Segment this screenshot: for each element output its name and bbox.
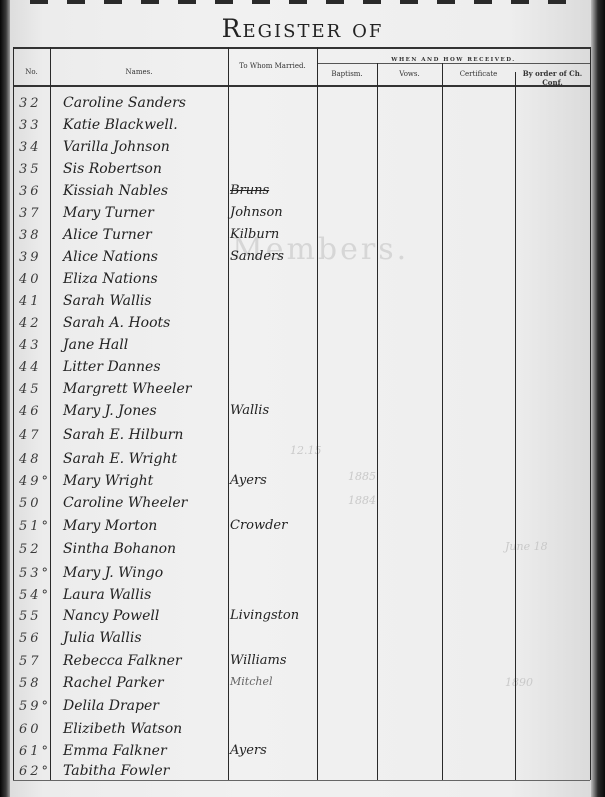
row-number: 45 [19, 382, 42, 397]
table-row: 36Kissiah NablesBruns [13, 184, 590, 204]
table-row: 45Margrett Wheeler [13, 382, 590, 402]
row-number: 43 [19, 338, 42, 353]
member-name: Litter Dannes [63, 359, 161, 375]
member-name: Nancy Powell [63, 608, 159, 624]
table-row: 35Sis Robertson [13, 162, 590, 182]
book-binding-right [591, 0, 605, 797]
member-name: Mary Morton [63, 518, 157, 534]
row-number: 47 [19, 428, 42, 443]
row-number: 37 [19, 206, 42, 221]
page-top-border [30, 0, 570, 4]
table-row: 61°Emma FalknerAyers [13, 744, 590, 764]
table-row: 43Jane Hall [13, 338, 590, 358]
group-header-rule [317, 63, 590, 64]
member-name: Margrett Wheeler [63, 381, 191, 397]
table-row: 47Sarah E. Hilburn [13, 428, 590, 448]
member-name: Alice Turner [63, 227, 152, 243]
member-name: Emma Falkner [63, 743, 167, 759]
row-number: 33 [19, 118, 42, 133]
member-name: Sarah E. Hilburn [63, 427, 183, 443]
row-number: 46 [19, 404, 42, 419]
table-row: 53°Mary J. Wingo [13, 566, 590, 586]
table-row: 46Mary J. JonesWallis [13, 404, 590, 424]
row-number: 50 [19, 496, 42, 511]
row-number: 60 [19, 722, 42, 737]
married-to: Ayers [230, 743, 267, 758]
married-to: Livingston [230, 608, 299, 623]
header-no: No. [13, 68, 50, 76]
row-number: 44 [19, 360, 42, 375]
member-name: Kissiah Nables [63, 183, 168, 199]
member-name: Delila Draper [63, 698, 159, 714]
member-name: Jane Hall [63, 337, 128, 353]
table-row: 59°Delila Draper [13, 699, 590, 719]
table-row: 39Alice NationsSanders [13, 250, 590, 270]
member-name: Laura Wallis [63, 587, 151, 603]
table-row: 49°Mary WrightAyers [13, 474, 590, 494]
married-to: Wallis [230, 403, 269, 418]
header-certificate: Certificate [442, 70, 515, 78]
row-number: 61° [19, 744, 51, 759]
member-name: Caroline Wheeler [63, 495, 187, 511]
row-number: 52 [19, 542, 42, 557]
married-to-struck: Bruns [230, 183, 269, 198]
row-number: 34 [19, 140, 42, 155]
married-to: Kilburn [230, 227, 279, 242]
header-by-order: By order of Ch. Conf. [515, 69, 590, 87]
table-row: 41Sarah Wallis [13, 294, 590, 314]
table-row: 60Elizibeth Watson [13, 722, 590, 742]
table-row: 50Caroline Wheeler [13, 496, 590, 516]
row-number: 36 [19, 184, 42, 199]
member-name: Varilla Johnson [63, 139, 170, 155]
married-to: Sanders [230, 249, 284, 264]
row-number: 59° [19, 699, 51, 714]
column-line [590, 47, 591, 780]
member-name: Mary J. Wingo [63, 565, 163, 581]
header-vows: Vows. [377, 70, 442, 78]
row-number: 53° [19, 566, 51, 581]
table-row: 48Sarah E. Wright [13, 452, 590, 472]
member-name: Elizibeth Watson [63, 721, 182, 737]
married-to: Mitchel [230, 675, 272, 688]
member-name: Sarah Wallis [63, 293, 152, 309]
row-number: 55 [19, 609, 42, 624]
table-row: 38Alice TurnerKilburn [13, 228, 590, 248]
table-row: 52Sintha Bohanon [13, 542, 590, 562]
married-to: Crowder [230, 518, 287, 533]
row-number: 32 [19, 96, 42, 111]
member-name: Sis Robertson [63, 161, 162, 177]
table-row: 57Rebecca FalknerWilliams [13, 654, 590, 674]
member-name: Mary J. Jones [63, 403, 157, 419]
table-row: 40Eliza Nations [13, 272, 590, 292]
book-binding-left [0, 0, 10, 797]
table-row: 62°Tabitha Fowler [13, 764, 590, 784]
table-row: 55Nancy PowellLivingston [13, 609, 590, 629]
member-name: Rachel Parker [63, 675, 164, 691]
member-name: Julia Wallis [63, 630, 142, 646]
row-number: 40 [19, 272, 42, 287]
row-number: 62° [19, 764, 51, 779]
table-row: 58Rachel ParkerMitchel [13, 676, 590, 696]
member-name: Mary Turner [63, 205, 154, 221]
table-row: 54°Laura Wallis [13, 588, 590, 608]
header-bottom-rule [13, 85, 590, 87]
header-names: Names. [50, 68, 228, 76]
married-to: Williams [230, 653, 287, 668]
row-number: 51° [19, 519, 51, 534]
row-number: 56 [19, 631, 42, 646]
row-number: 38 [19, 228, 42, 243]
member-name: Katie Blackwell. [63, 117, 178, 133]
row-number: 54° [19, 588, 51, 603]
member-name: Sarah A. Hoots [63, 315, 170, 331]
member-name: Eliza Nations [63, 271, 158, 287]
header-married: To Whom Married. [228, 62, 317, 70]
member-name: Mary Wright [63, 473, 153, 489]
row-number: 58 [19, 676, 42, 691]
table-row: 33Katie Blackwell. [13, 118, 590, 138]
table-row: 44Litter Dannes [13, 360, 590, 380]
member-name: Rebecca Falkner [63, 653, 182, 669]
row-number: 41 [19, 294, 42, 309]
table-row: 34Varilla Johnson [13, 140, 590, 160]
table-row: 51°Mary MortonCrowder [13, 519, 590, 539]
table-row: 32Caroline Sanders [13, 96, 590, 116]
header-when-how-received: WHEN AND HOW RECEIVED. [317, 57, 590, 63]
row-number: 48 [19, 452, 42, 467]
member-name: Alice Nations [63, 249, 158, 265]
header-baptism: Baptism. [317, 70, 377, 78]
row-number: 49° [19, 474, 51, 489]
page-title: Register of [0, 14, 605, 43]
row-number: 39 [19, 250, 42, 265]
member-name: Caroline Sanders [63, 95, 186, 111]
member-name: Tabitha Fowler [63, 763, 169, 779]
member-name: Sarah E. Wright [63, 451, 177, 467]
married-to: Ayers [230, 473, 267, 488]
married-to: Johnson [230, 205, 283, 220]
row-number: 57 [19, 654, 42, 669]
row-number: 42 [19, 316, 42, 331]
row-number: 35 [19, 162, 42, 177]
table-row: 56Julia Wallis [13, 631, 590, 651]
table-row: 42Sarah A. Hoots [13, 316, 590, 336]
member-name: Sintha Bohanon [63, 541, 176, 557]
table-top-rule [13, 47, 590, 49]
table-row: 37Mary TurnerJohnson [13, 206, 590, 226]
